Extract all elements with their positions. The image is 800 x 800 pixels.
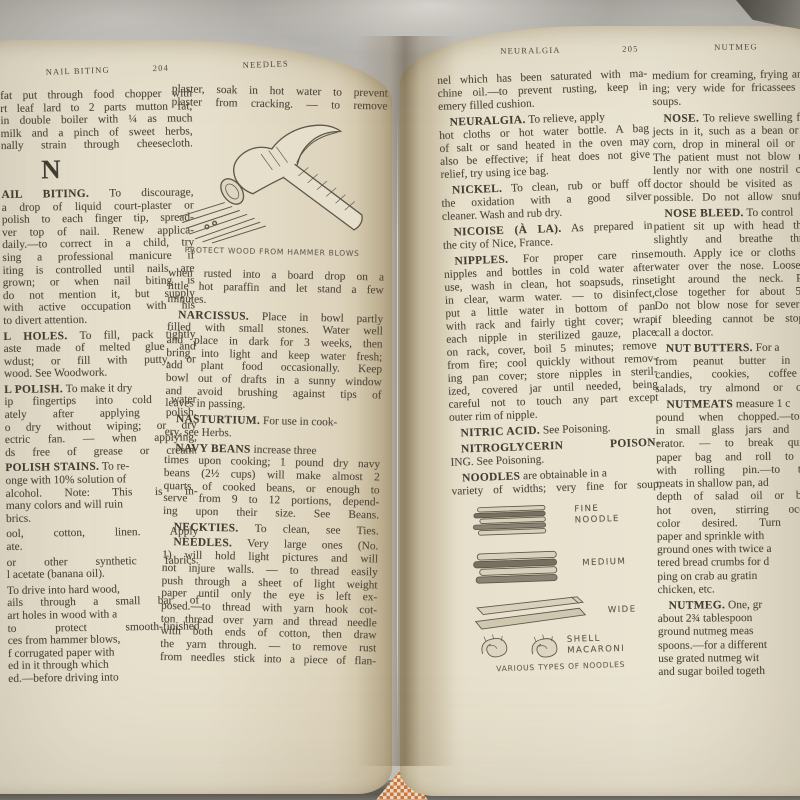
entry-head: NUT BUTTERS. xyxy=(666,342,753,355)
paragraph: NEURALGIA. To relieve, applyhot cloths o… xyxy=(438,110,650,182)
text-line: call a doctor. xyxy=(655,325,800,340)
paragraph: nel which has been saturated with ma-chi… xyxy=(437,68,648,114)
paragraph: medium for creaming, frying and bing; ve… xyxy=(652,68,800,109)
text-line: with rolling pin.—to toast, xyxy=(656,463,800,478)
paragraph: NECKTIES. To clean, see Ties. xyxy=(163,521,379,538)
entry-head: NECKTIES. xyxy=(174,521,239,534)
hammer-sketch-icon xyxy=(173,111,374,247)
noodles-illustration: FINE NOODLE MEDIUM WIDE SHELL MACARONI V… xyxy=(460,497,668,676)
paragraph: NOODLES are obtainable in avariety of wi… xyxy=(451,465,662,498)
photo-of-open-book: NAIL BITING 204 NEEDLES fat put through … xyxy=(0,0,800,800)
left-page-column-2: plaster, soak in hot water to preventpla… xyxy=(160,83,388,671)
page-number: 204 xyxy=(153,63,170,74)
paragraph: NASTURTIUM. For use in cook-ery, see Her… xyxy=(165,413,381,443)
running-head-left: NEURALGIA xyxy=(500,45,561,56)
entry-head: NIPPLES. xyxy=(454,254,508,268)
entry-head: AIL BITING. xyxy=(1,188,89,201)
left-page: NAIL BITING 204 NEEDLES fat put through … xyxy=(0,40,392,794)
entry-head: NITRIC ACID. xyxy=(460,425,540,440)
right-page-column-1: nel which has been saturated with ma-chi… xyxy=(437,68,668,677)
right-page: NEURALGIA 205 NUTMEG nel which has been … xyxy=(400,26,800,796)
paragraph: NICOISE (À LA). As prepared inthe city o… xyxy=(442,220,653,253)
paragraph: NIPPLES. For proper care rinsenipples an… xyxy=(443,249,659,425)
entry-head: NICKEL. xyxy=(452,183,503,197)
entry-head: NUTMEG. xyxy=(669,599,726,612)
noodle-label-wide: WIDE xyxy=(608,604,637,616)
noodle-label-fine: FINE NOODLE xyxy=(574,503,620,527)
entry-head: NUTMEATS xyxy=(666,398,733,411)
running-head-left: NAIL BITING xyxy=(46,65,110,77)
paragraph: NOSE. To relieve swelling fromjects in i… xyxy=(652,111,800,205)
paragraph: NUTMEATS measure 1 cpound when chopped.—… xyxy=(655,397,800,597)
noodle-drawings: FINE NOODLE MEDIUM WIDE SHELL MACARONI xyxy=(460,497,677,662)
text-line: color desired. Turn onto xyxy=(657,516,800,531)
text-line: ed.—before driving into xyxy=(8,670,200,685)
running-head-right: NEEDLES xyxy=(242,58,289,70)
text-line: soups. xyxy=(652,95,800,110)
paragraph: fat put through food chopper withrt leaf… xyxy=(0,87,193,153)
paragraph: NEEDLES. Very large ones (No.1) will hol… xyxy=(160,536,379,668)
text-line: ing; very wide for fricassees and xyxy=(652,81,800,96)
paragraph: when rusted into a board drop on alittle… xyxy=(167,267,384,310)
right-page-column-2: medium for creaming, frying and bing; ve… xyxy=(652,68,800,682)
page-number: 205 xyxy=(622,44,639,54)
noodle-label-medium: MEDIUM xyxy=(582,557,626,570)
entry-head: NOODLES xyxy=(462,470,521,484)
entry-head: NEEDLES. xyxy=(173,537,232,550)
text-line: if bleeding cannot be stopped xyxy=(655,312,800,327)
paragraph: plaster, soak in hot water to preventpla… xyxy=(171,83,387,113)
paragraph: NUT BUTTERS. For afrom peanut butter in … xyxy=(655,341,800,396)
text-line: nally strain through cheesecloth. xyxy=(1,138,193,153)
entry-head: NOSE. xyxy=(663,112,699,124)
text-line: possible. Do not allow snuffing xyxy=(653,190,800,205)
entry-head: L HOLES. xyxy=(3,330,67,343)
hammer-illustration: PROTECT WOOD FROM HAMMER BLOWS xyxy=(172,111,387,269)
noodle-label-shell: SHELL MACARONI xyxy=(567,633,626,657)
paragraph: NITROGLYCERIN POISON-ING. See Poisoning. xyxy=(450,436,661,469)
text-line: NECKTIES. To clean, see Ties. xyxy=(163,521,379,538)
text-line: chicken, etc. xyxy=(657,582,800,597)
entry-head: POLISH STAINS. xyxy=(5,461,99,474)
entry-head: NARCISSUS. xyxy=(178,309,249,322)
paragraph: NICKEL. To clean, rub or buff offthe oxi… xyxy=(441,178,652,224)
paragraph: NARCISSUS. Place in bowl partlyfilled wi… xyxy=(165,308,383,414)
text-line: salads, try almond or cashe xyxy=(655,381,800,396)
entry-head: NAVY BEANS xyxy=(175,442,251,456)
entry-head: NASTURTIUM. xyxy=(176,413,260,427)
running-head-right: NUTMEG xyxy=(714,41,758,52)
paragraph: NOSE BLEED. To controlpatient sit up wit… xyxy=(653,206,800,340)
paragraph: NAVY BEANS increase threetimes upon cook… xyxy=(163,441,381,522)
entry-head: NOSE BLEED. xyxy=(664,207,743,220)
paragraph: NUTMEG. One, grabout 2¾ tablespoonground… xyxy=(658,598,800,679)
text-line: and sugar boiled togeth xyxy=(658,664,800,679)
entry-head: L POLISH. xyxy=(4,383,63,396)
paragraph: AIL BITING. To discourage,a drop of liqu… xyxy=(1,186,195,327)
